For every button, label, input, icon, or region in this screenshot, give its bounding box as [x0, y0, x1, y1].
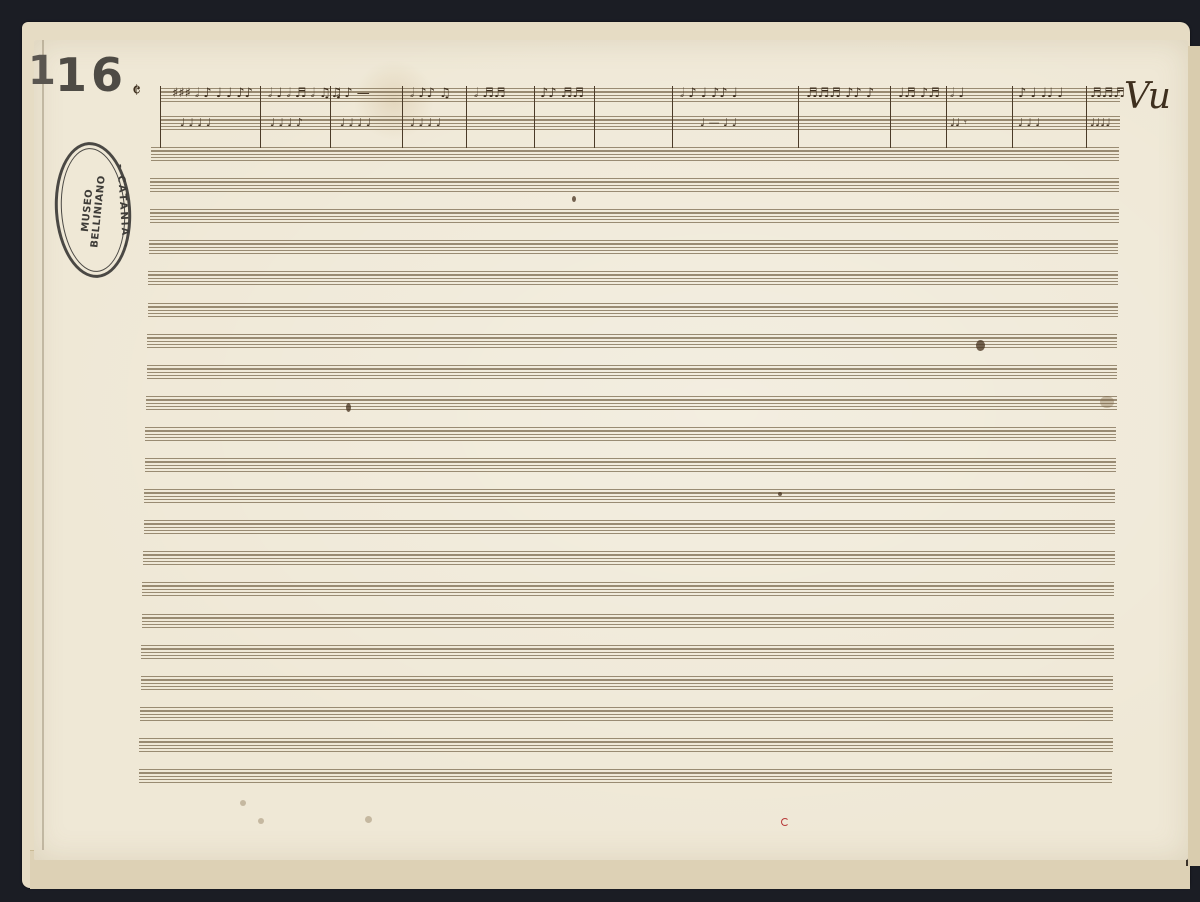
- upper-staff-notes: ♪♪ ♬♬: [540, 86, 584, 101]
- staff-20: [141, 676, 1113, 690]
- staff-18: [142, 614, 1114, 628]
- barline: [1012, 86, 1013, 148]
- stray-mark: 1: [28, 48, 56, 94]
- staff-23: [139, 769, 1112, 783]
- staff-14: [144, 489, 1115, 503]
- barline: [890, 86, 891, 148]
- staff-12: [145, 427, 1116, 441]
- barline: [946, 86, 947, 148]
- barline: [1086, 86, 1087, 148]
- stain-spot: [258, 818, 264, 824]
- staff-3: [151, 147, 1119, 161]
- staff-16: [143, 551, 1115, 565]
- upper-staff-notes: ♬♬♬ ♪♪ ♪: [806, 86, 874, 101]
- staff-15: [144, 520, 1115, 534]
- staff-19: [141, 645, 1114, 659]
- stain-spot: [1100, 396, 1114, 408]
- staff-22: [139, 738, 1113, 752]
- end-mark: Vu: [1124, 76, 1171, 117]
- upper-staff-notes: ♬♬♬: [1090, 86, 1125, 101]
- red-pencil-mark: [781, 818, 789, 826]
- ink-spot: [346, 403, 351, 412]
- lower-staff-notes: ♩♩ 𝄾: [950, 116, 967, 130]
- barline: [594, 86, 595, 148]
- staff-4: [150, 178, 1119, 192]
- staff-13: [145, 458, 1116, 472]
- lower-staff-notes: ♩ — ♩ ♩: [700, 116, 737, 129]
- barline: [402, 86, 403, 148]
- staff-2: [160, 116, 1120, 130]
- manuscript-page: [34, 40, 1188, 860]
- staff-5: [150, 209, 1119, 223]
- lower-staff-notes: ♩♩♩♩: [1090, 116, 1111, 129]
- upper-staff-notes: 𝅗𝅥 ♩ 𝅗𝅥 ♬ 𝅗𝅥 ♫♫: [268, 86, 342, 101]
- upper-staff-notes: ♯♯♯ 𝅗𝅥 ♪ ♩ ♩ ♪♪: [172, 86, 253, 101]
- stain-spot: [365, 816, 372, 823]
- lower-staff-notes: ♩ ♩ ♩ ♩: [180, 116, 211, 129]
- upper-staff-notes: 𝅗𝅥 ♪♪ ♫: [410, 86, 451, 101]
- lower-staff-notes: ♩ ♩ ♩: [1018, 116, 1041, 129]
- lower-staff-notes: ♩ ♩ ♩ ♪: [270, 116, 303, 129]
- barline: [798, 86, 799, 148]
- lower-staff-notes: ♩ ♩ ♩ ♩: [340, 116, 371, 129]
- ink-spot: [572, 196, 576, 202]
- staff-21: [140, 707, 1113, 721]
- page-number: 16: [55, 48, 127, 102]
- staff-6: [149, 240, 1118, 254]
- upper-staff-notes: ♪ ♩ ♩♩ ♩: [1018, 86, 1063, 101]
- next-page-edge: [1186, 46, 1200, 866]
- staff-17: [142, 582, 1114, 596]
- barline: [260, 86, 261, 148]
- upper-staff-notes: 𝅗𝅥 ♪ —: [336, 86, 370, 101]
- staff-10: [147, 365, 1117, 379]
- barline: [160, 86, 161, 148]
- staff-9: [147, 334, 1117, 348]
- upper-staff-notes: 𝅗𝅥 ♩: [950, 86, 964, 101]
- barline: [534, 86, 535, 148]
- ink-spot: [976, 340, 985, 351]
- staff-7: [148, 271, 1118, 285]
- stain-spot: [240, 800, 246, 806]
- barline: [672, 86, 673, 148]
- clef-mark: 𝄵: [132, 78, 141, 102]
- lower-staff-notes: ♩ ♩ ♩ ♩: [410, 116, 441, 129]
- ink-spot: [778, 492, 782, 496]
- upper-staff-notes: ♩♬ ♪♬: [898, 86, 940, 101]
- barline: [466, 86, 467, 148]
- upper-staff-notes: 𝅗𝅥 ♬♬: [474, 86, 506, 101]
- staff-8: [148, 303, 1118, 317]
- staff-11: [146, 396, 1117, 410]
- page-fold-line: [42, 40, 44, 850]
- upper-staff-notes: 𝅗𝅥 ♪ ♩ ♪♪ ♩: [680, 86, 738, 101]
